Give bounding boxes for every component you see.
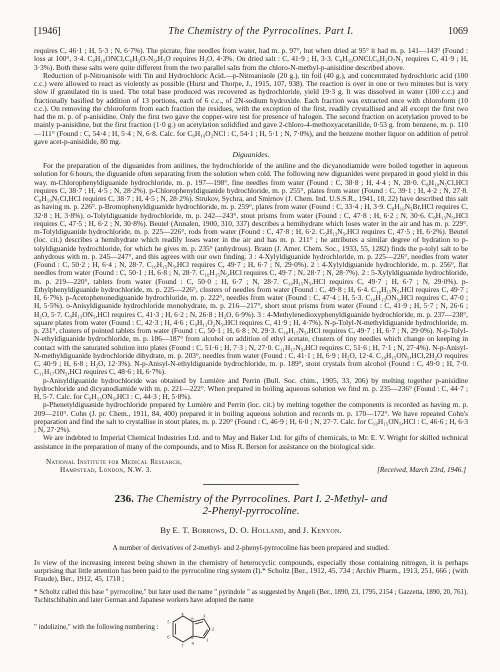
author-kenyon: J. Kenyon. [303,525,342,535]
institution-address: National Institute for Medical Research,… [34,458,182,475]
intro-paragraph: In view of the increasing interest being… [34,559,468,584]
label-3: 3 [203,614,206,619]
label-5: 5 [168,620,171,625]
article-title-line2: 2-Phenyl-pyrrocoline. [202,505,299,517]
page-header: [1946] The Chemistry of the Pyrrocolines… [34,26,468,37]
header-year-tag: [1946] [34,26,94,37]
article-title-line1: The Chemistry of the Pyrrocolines. Part … [137,493,388,505]
author-borrows: E. T. Borrows, [172,525,227,535]
footnote-scholtz: * Scholtz called this base " pyrrocoline… [34,589,468,605]
paragraph-acknowledgement: We are indebted to Imperial Chemical Ind… [34,434,468,451]
label-N: N [191,635,195,640]
address-line-2: Hampstead, London, N.W. 3. [46,466,182,474]
double-bond-2 [195,622,203,624]
double-bond-3 [204,630,208,636]
section-divider-rule [203,484,299,485]
label-4: 4 [182,612,185,616]
label-1: 1 [206,638,209,643]
label-8: 8 [192,617,195,622]
paragraph-picrate-continuation: requires C, 46·1 ; H, 5·3 ; N, 6·7%). Th… [34,47,468,72]
received-date: [Received, March 23rd, 1946.] [377,466,468,474]
address-received-row: National Institute for Medical Research,… [34,458,468,475]
article-title: 236. The Chemistry of the Pyrrocolines. … [34,493,468,518]
header-running-title: The Chemistry of the Pyrrocolines. Part … [94,26,428,37]
byline-prefix: By [160,525,170,535]
article-number: 236. [115,493,134,505]
header-page-number: 1069 [428,26,468,37]
paragraph-phenetyldiguanide: p-Phenetyldiguanide hydrochloride prepar… [34,401,468,434]
section-heading-diguanides: Diguanides. [34,150,468,159]
journal-page: [1946] The Chemistry of the Pyrrocolines… [0,0,500,672]
label-6: 6 [168,635,171,640]
byline-conjunction: and [288,525,300,535]
author-holland: D. O. Holland, [229,525,286,535]
footnote-tail-text: " indolizine," with the following number… [34,612,158,631]
intro-text: view of the increasing interest being sh… [34,558,468,584]
label-7: 7 [182,644,185,649]
paragraph-reduction-nitroanisole: Reduction of p-Nitroanisole with Tin and… [34,72,468,146]
label-2: 2 [212,627,215,632]
address-line-1: National Institute for Medical Research, [46,458,182,466]
footnote-structure-row: " indolizine," with the following number… [34,612,468,656]
label-9: 9 [192,641,195,646]
paragraph-anisyldiguanide: p-Anisyldiguanide hydrochloride was obta… [34,377,468,402]
article-abstract: A number of derivatives of 2-methyl- and… [34,543,468,552]
paragraph-diguanides-preparation: For the preparation of the diguanides fr… [34,162,468,377]
byline: By E. T. Borrows, D. O. Holland, and J. … [34,525,468,535]
indolizine-structure-diagram: 4 8 3 5 2 6 1 N 7 9 [164,612,216,656]
